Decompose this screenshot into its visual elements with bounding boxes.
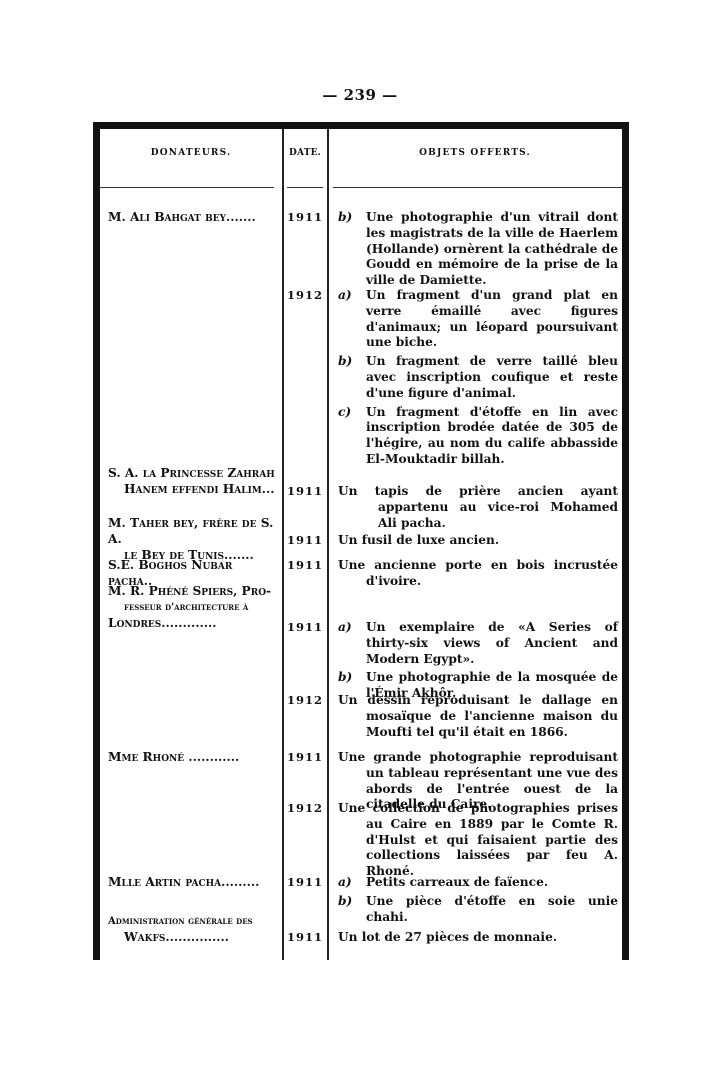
donor-line: Hanem effendi Halim... bbox=[108, 482, 278, 498]
objects-cell: a)Un exemplaire de «A Series of thirty-s… bbox=[338, 620, 618, 702]
header-rule-donors bbox=[100, 187, 274, 188]
date-cell: 1912 bbox=[284, 288, 326, 304]
date-cell: 1912 bbox=[284, 801, 326, 817]
header-date: DATE. bbox=[283, 148, 327, 158]
donor-cell: Administration générale des Wakfs.......… bbox=[108, 914, 278, 946]
date-cell: 1911 bbox=[284, 484, 326, 500]
frame-right-border bbox=[622, 122, 629, 960]
donor-line: Administration générale des bbox=[108, 914, 278, 930]
donor-cell: M. Ali Bahgat bey....... bbox=[108, 210, 278, 226]
donor-line: Wakfs............... bbox=[108, 930, 278, 946]
object-item: a)Un fragment d'un grand plat en verre é… bbox=[338, 288, 618, 351]
date-cell: 1911 bbox=[284, 750, 326, 766]
objects-cell: Un lot de 27 pièces de monnaie. bbox=[338, 930, 618, 946]
date-cell: 1911 bbox=[284, 620, 326, 636]
donor-cell: S. A. la Princesse Zahrah Hanem effendi … bbox=[108, 466, 278, 498]
donor-line: M. Taher bey, frère de S. A. bbox=[108, 516, 278, 548]
donor-line: Mlle Artin pacha......... bbox=[108, 875, 259, 889]
objects-cell: a)Un fragment d'un grand plat en verre é… bbox=[338, 288, 618, 468]
frame-left-border bbox=[93, 122, 100, 960]
header-rule-objects bbox=[333, 187, 622, 188]
date-cell: 1911 bbox=[284, 875, 326, 891]
objects-cell: Une ancienne porte en bois incrustée d'i… bbox=[338, 558, 618, 590]
object-item: Un dessin reproduisant le dallage en mos… bbox=[338, 693, 618, 740]
date-cell: 1911 bbox=[284, 930, 326, 946]
object-item: b)Une photographie d'un vitrail dont les… bbox=[338, 210, 618, 289]
header-rule-date bbox=[287, 187, 323, 188]
objects-cell: a)Petits carreaux de faïence. b)Une pièc… bbox=[338, 875, 618, 925]
object-item: b)Une pièce d'étoffe en soie unie chahi. bbox=[338, 894, 618, 926]
donor-line: M. R. Phéné Spiers, Pro- bbox=[108, 584, 278, 600]
donor-line: fesseur d'architecture à bbox=[108, 600, 278, 616]
donor-line: Mme Rhoné ............ bbox=[108, 750, 239, 764]
donor-line: S. A. la Princesse Zahrah bbox=[108, 466, 278, 482]
objects-cell: Un fusil de luxe ancien. bbox=[338, 533, 618, 549]
donor-cell: Mlle Artin pacha......... bbox=[108, 875, 278, 891]
objects-cell: Une collection de photographies prises a… bbox=[338, 801, 618, 880]
donor-cell: M. R. Phéné Spiers, Pro- fesseur d'archi… bbox=[108, 584, 278, 631]
object-item: b)Un fragment de verre taillé bleu avec … bbox=[338, 354, 618, 401]
date-cell: 1911 bbox=[284, 533, 326, 549]
object-item: a)Un exemplaire de «A Series of thirty-s… bbox=[338, 620, 618, 667]
donor-line: Londres............. bbox=[108, 616, 278, 632]
header-objects: OBJETS OFFERTS. bbox=[328, 148, 622, 158]
objects-cell: Un dessin reproduisant le dallage en mos… bbox=[338, 693, 618, 740]
object-item: c)Un fragment d'étoffe en lin avec inscr… bbox=[338, 405, 618, 468]
object-item: Un lot de 27 pièces de monnaie. bbox=[338, 930, 618, 946]
object-item: Une ancienne porte en bois incrustée d'i… bbox=[338, 558, 618, 590]
page-number: — 239 — bbox=[0, 86, 720, 104]
objects-cell: b)Une photographie d'un vitrail dont les… bbox=[338, 210, 618, 289]
donor-cell: Mme Rhoné ............ bbox=[108, 750, 278, 766]
date-cell: 1912 bbox=[284, 693, 326, 709]
donor-line: M. Ali Bahgat bey....... bbox=[108, 210, 256, 224]
donor-cell: M. Taher bey, frère de S. A. le Bey de T… bbox=[108, 516, 278, 563]
column-divider-date-objects bbox=[327, 129, 329, 960]
frame-top-border bbox=[93, 122, 629, 129]
objects-cell: Un tapis de prière ancien ayant apparten… bbox=[338, 484, 618, 531]
object-item: Une collection de photographies prises a… bbox=[338, 801, 618, 880]
header-donors: DONATEURS. bbox=[100, 148, 282, 158]
object-item: Un tapis de prière ancien ayant apparten… bbox=[338, 484, 618, 531]
date-cell: 1911 bbox=[284, 558, 326, 574]
date-cell: 1911 bbox=[284, 210, 326, 226]
object-item: Un fusil de luxe ancien. bbox=[338, 533, 618, 549]
object-item: a)Petits carreaux de faïence. bbox=[338, 875, 618, 891]
